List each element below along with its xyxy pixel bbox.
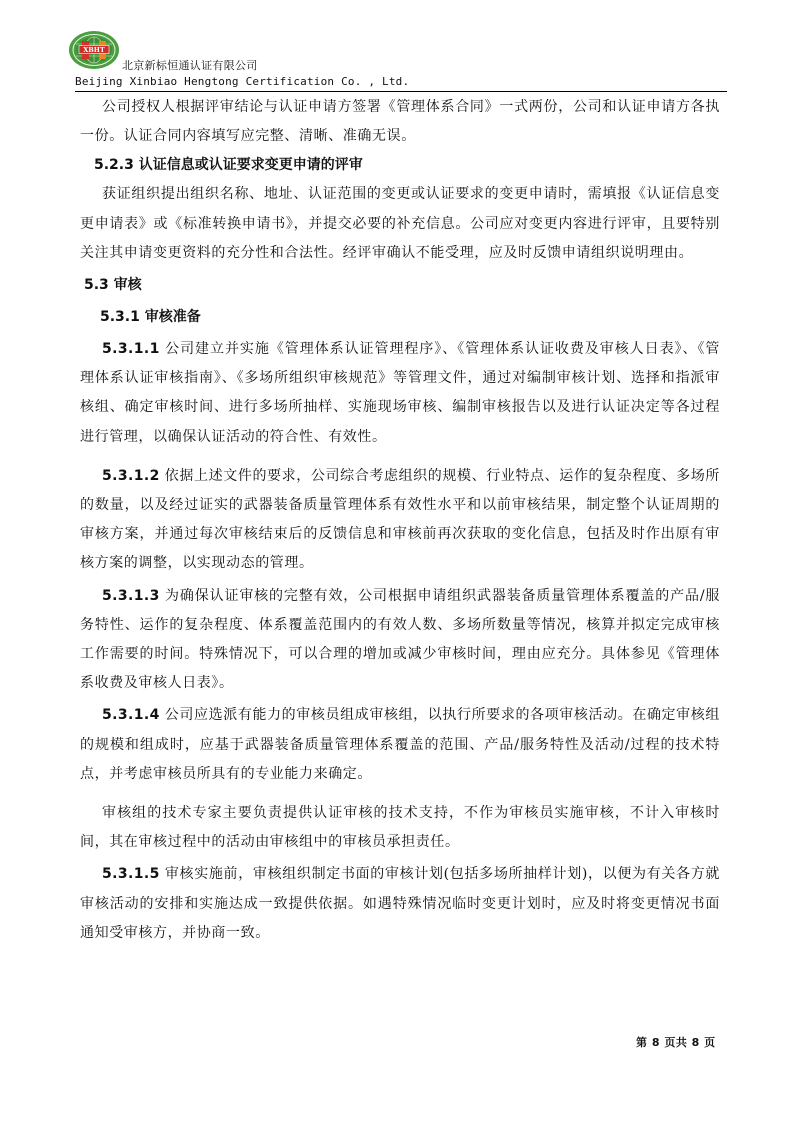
header-divider	[75, 91, 727, 92]
company-logo-icon: XBHT	[68, 30, 120, 70]
clause-5-3-1-4: 5.3.1.4 公司应选派有能力的审核员组成审核组，以执行所要求的各项审核活动。…	[80, 701, 720, 789]
technical-expert-paragraph: 审核组的技术专家主要负责提供认证审核的技术支持，不作为审核员实施审核，不计入审核…	[80, 799, 720, 857]
clause-number: 5.3.1.3	[102, 588, 160, 604]
clause-5-3-1-2: 5.3.1.2 依据上述文件的要求，公司综合考虑组织的规模、行业特点、运作的复杂…	[80, 462, 720, 579]
company-name-cn: 北京新标恒通认证有限公司	[122, 59, 258, 72]
heading-5-3: 5.3 审核	[84, 271, 720, 300]
heading-5-3-1: 5.3.1 审核准备	[100, 303, 720, 332]
clause-number: 5.3.1.1	[102, 341, 160, 357]
clause-5-3-1-1: 5.3.1.1 公司建立并实施《管理体系认证管理程序》、《管理体系认证收费及审核…	[80, 335, 720, 452]
page-number: 第 8 页共 8 页	[636, 1034, 716, 1050]
clause-text: 为确保认证审核的完整有效，公司根据申请组织武器装备质量管理体系覆盖的产品/服务特…	[80, 588, 720, 692]
clause-text: 依据上述文件的要求，公司综合考虑组织的规模、行业特点、运作的复杂程度、多场所的数…	[80, 468, 720, 572]
clause-text: 审核实施前，审核组织制定书面的审核计划(包括多场所抽样计划)，以便为有关各方就审…	[80, 866, 720, 940]
contract-paragraph: 公司授权人根据评审结论与认证申请方签署《管理体系合同》一式两份，公司和认证申请方…	[80, 93, 720, 151]
company-name-en: Beijing Xinbiao Hengtong Certification C…	[75, 75, 409, 88]
heading-5-2-3: 5.2.3 认证信息或认证要求变更申请的评审	[94, 151, 720, 180]
clause-5-3-1-3: 5.3.1.3 为确保认证审核的完整有效，公司根据申请组织武器装备质量管理体系覆…	[80, 582, 720, 699]
clause-text: 公司建立并实施《管理体系认证管理程序》、《管理体系认证收费及审核人日表》、《管理…	[80, 341, 720, 445]
clause-5-3-1-5: 5.3.1.5 审核实施前，审核组织制定书面的审核计划(包括多场所抽样计划)，以…	[80, 860, 720, 948]
clause-number: 5.3.1.4	[102, 707, 160, 723]
document-body: 公司授权人根据评审结论与认证申请方签署《管理体系合同》一式两份，公司和认证申请方…	[80, 93, 720, 948]
change-review-paragraph: 获证组织提出组织名称、地址、认证范围的变更或认证要求的变更申请时，需填报《认证信…	[80, 180, 720, 268]
svg-text:XBHT: XBHT	[83, 46, 105, 54]
clause-number: 5.3.1.5	[102, 866, 160, 882]
clause-text: 公司应选派有能力的审核员组成审核组，以执行所要求的各项审核活动。在确定审核组的规…	[80, 707, 720, 781]
clause-number: 5.3.1.2	[102, 468, 160, 484]
